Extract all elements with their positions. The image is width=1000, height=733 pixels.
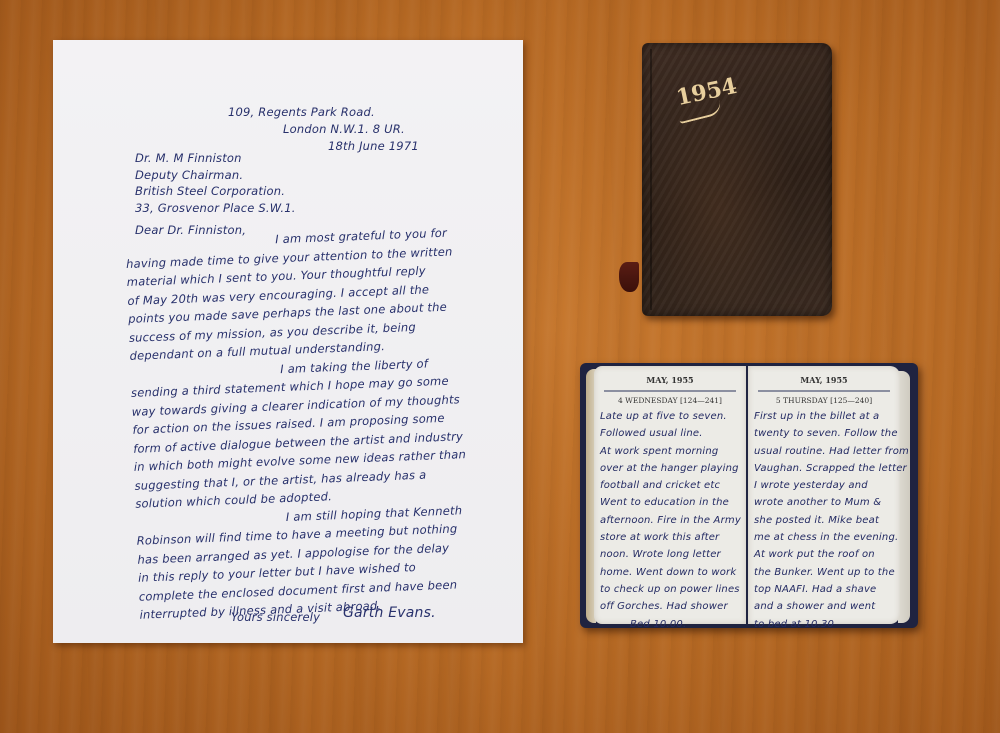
address-line: London N.W.1. 8 UR. [228,121,419,138]
day-header: 5 THURSDAY [125—240] [748,396,900,405]
spine-crease [650,49,652,310]
handwritten-letter: 109, Regents Park Road. London N.W.1. 8 … [53,40,523,643]
entry-line: the Bunker. Went up to the [754,564,909,581]
entry-line: wrote another to Mum & [754,494,909,511]
entry-line: twenty to seven. Follow the [754,425,909,442]
page-month: MAY, 1955 [748,375,900,385]
diary-page-left: MAY, 1955 4 WEDNESDAY [124—241] Late up … [594,366,746,624]
entry-line: and a shower and went [754,598,909,615]
diary-entry: First up in the billet at a twenty to se… [754,408,909,633]
recipient-line: Deputy Chairman. [135,167,296,184]
entry-line: home. Went down to work [600,564,741,581]
entry-line: off Gorches. Had shower [600,598,741,615]
entry-line: usual routine. Had letter from [754,443,909,460]
entry-line: store at work this after [600,529,741,546]
entry-line: Vaughan. Scrapped the letter [754,460,909,477]
entry-line: First up in the billet at a [754,408,909,425]
address-line: 109, Regents Park Road. [228,104,419,121]
entry-line: over at the hanger playing [600,460,741,477]
bookmark-ribbon [619,262,639,292]
entry-line: I wrote yesterday and [754,477,909,494]
recipient-line: Dr. M. M Finniston [135,150,296,167]
entry-line: Bed 10.00. [600,616,741,633]
letter-body: I am most grateful to you for having mad… [125,223,472,624]
entry-line: top NAAFI. Had a shave [754,581,909,598]
recipient-block: Dr. M. M Finniston Deputy Chairman. Brit… [135,150,296,216]
entry-line: she posted it. Mike beat [754,512,909,529]
entry-line: to bed at 10.30 [754,616,909,633]
entry-line: Late up at five to seven. [600,408,741,425]
sender-address: 109, Regents Park Road. London N.W.1. 8 … [228,104,419,155]
header-rule [604,390,736,392]
entry-line: to check up on power lines [600,581,741,598]
closing: Yours sincerely [231,610,320,624]
closed-diary-1954: 1954 [642,43,832,316]
recipient-line: British Steel Corporation. [135,183,296,200]
entry-line: Went to education in the [600,494,741,511]
entry-line: me at chess in the evening. [754,529,909,546]
entry-line: football and cricket etc [600,477,741,494]
recipient-line: 33, Grosvenor Place S.W.1. [135,200,296,217]
entry-line: At work put the roof on [754,546,909,563]
page-month: MAY, 1955 [594,375,746,385]
entry-line: noon. Wrote long letter [600,546,741,563]
open-diary-1955: MAY, 1955 4 WEDNESDAY [124—241] Late up … [580,363,918,628]
diary-entry: Late up at five to seven. Followed usual… [600,408,741,633]
entry-line: At work spent morning [600,443,741,460]
diary-page-right: MAY, 1955 5 THURSDAY [125—240] First up … [748,366,900,624]
entry-line: Followed usual line. [600,425,741,442]
day-header: 4 WEDNESDAY [124—241] [594,396,746,405]
header-rule [758,390,890,392]
entry-line: afternoon. Fire in the Army [600,512,741,529]
signature: Garth Evans. [343,605,436,621]
